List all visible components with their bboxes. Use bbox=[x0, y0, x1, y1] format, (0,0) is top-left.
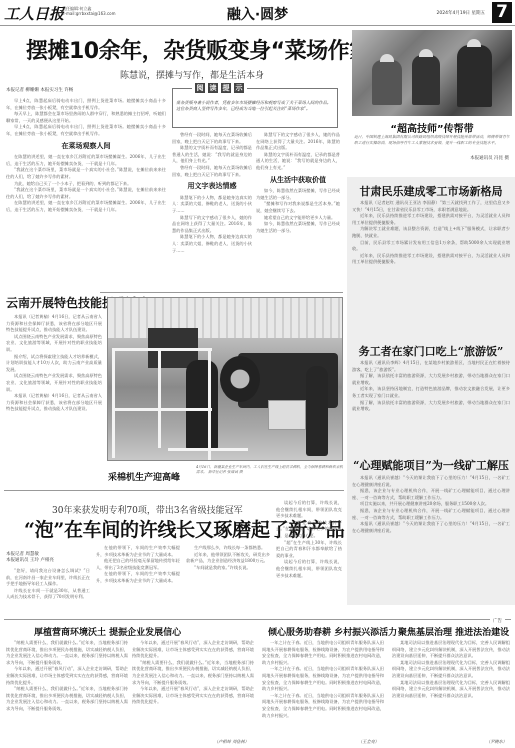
lead-subtitle-3: 从生活中获取价值 bbox=[256, 177, 340, 184]
divider bbox=[4, 490, 344, 491]
ad-1-column-2: 今年以来，通过开展“春风行动”，深入企业走访调研，帮助企业解决实际困难，让市场主… bbox=[132, 640, 254, 738]
ad-label: 广告 bbox=[490, 618, 505, 624]
top-photo-caption-text: 近日，中国铁建上海局集团有限公司铁路局组织高级技师开展技能传帮带活动，师傅带领青… bbox=[354, 134, 510, 145]
lead-headline: 摆摊10余年，杂货贩变身“菜场作家” bbox=[26, 34, 385, 65]
big-photo-caption-text: 4月16日，新疆某企业生产车间内，工人们在生产线上组装采棉机，全力保障春耕和秋收… bbox=[196, 465, 344, 475]
ad-headline-2: 倾心服务助春耕 乡村振兴添活力 bbox=[268, 625, 397, 638]
lead-subheadline: 陈慧说，摆摊与写作，都是生活本身 bbox=[120, 68, 264, 81]
lead-byline: 本报记者 柳姗姗 本报实习生 许畅 bbox=[6, 88, 73, 94]
top-photo-credit: 本报通讯员 冯昆 摄 bbox=[470, 155, 509, 161]
issue-date: 2024年4月19日 星期五 bbox=[437, 10, 485, 16]
ad-headline-1: 厚植营商环境沃土 提振企业发展信心 bbox=[34, 625, 181, 638]
top-photo-caption-title: “超高技师”传帮带 bbox=[352, 120, 512, 135]
lead-column-2: 曾经有一段时间，她每天在菜场收摊后回家，晚上把白天记下的故事写下来。 陈慧的文字… bbox=[172, 132, 252, 292]
lead-subtitle-1: 在菜场观察人间 bbox=[6, 143, 166, 150]
ad-2-credit: （王金亮） bbox=[358, 739, 379, 745]
right-story-1-body: 本报讯（记者赵红 通讯员王亚洁 李国静）“第三天就找到工作了，这里信息又多又快！… bbox=[352, 200, 510, 338]
story2-column-4: 谈起今后的打算，许线长说，他会继续扎根车间，带领团队攻克更多技术难题。 “一定要… bbox=[276, 500, 342, 610]
yunnan-body: 本报讯（记者黄榆）4月16日，记者从云南省人力资源和社会保障厅获悉，该省将在部分… bbox=[6, 314, 102, 494]
reading-tip-title: 阅 读 提 示 bbox=[192, 83, 247, 93]
ad-divider bbox=[4, 619, 511, 620]
story2-column-2: 在他的带领下，车间的生产效率大幅提升，多项技术革新为企业节约了大量成本。 他还把… bbox=[96, 545, 180, 610]
cotton-picker-factory-photo bbox=[107, 297, 343, 461]
ad-headline-3: 聚焦基层治理 推进法治建设 bbox=[398, 625, 509, 638]
top-photo-technicians bbox=[352, 30, 512, 116]
lead-column-1: 早上4点，陈慧起床后骑电动车出门，照例上货进菜市场。她摆摊卖小商品十多年，在摊位… bbox=[6, 98, 166, 294]
big-photo-credit: 新华社记者 张啸诚 摄 bbox=[208, 470, 243, 474]
right-story-2-headline: 务工者在家门口吃上“旅游饭” bbox=[347, 343, 515, 359]
divider bbox=[100, 292, 343, 293]
ad-1-column-1: “纳税人需要什么，我们就做什么。”近年来，当地税务部门持续优化营商环境，推出多项… bbox=[6, 640, 128, 746]
right-story-3-body: 本报讯（通讯员崔越）“今天的课让我放下了心里的压力！”4月15日，一名矿工在心理… bbox=[352, 475, 510, 600]
ad-2-body: 一年之计在于春。近日，当地供电公司组织青年服务队深入田间地头开展春耕保电服务，检… bbox=[262, 640, 384, 738]
story2-column-1: “您好，请问我这台设备怎么调试？”日前，在河南许昌一家企业车间里，许线长正在手把… bbox=[6, 568, 90, 610]
story2-column-3: 生产线那么多，许线长每一条都熟悉。 近年来，他带领团队不断攻关，研发出多款新产品… bbox=[186, 545, 270, 610]
masthead: 工人日报 责任编辑:何立鑫 E-mail:grrbxxtai@163.com 融… bbox=[0, 0, 515, 26]
right-story-2-body: 本报讯（通讯员李辉）4月15日，在某地乡村旅游景区，当地村民正在忙着接待游客，吃… bbox=[352, 360, 510, 450]
ad-3-credit: （尹晓东） bbox=[486, 739, 507, 745]
story2-byline: 本报记者 周慧敏 本报通讯员 王玲 卢相亮 bbox=[6, 552, 54, 564]
lead-subtitle-2: 用文字表达情感 bbox=[172, 183, 252, 190]
right-story-3-headline: “心理赋能项目”为一线矿工解压 bbox=[347, 457, 515, 473]
ad-3-body: 某地司法局以推进基层治理现代化为目标，完善人民调解组织网络，建立多元化纠纷解决机… bbox=[392, 640, 510, 738]
reading-tip-text: 某杂货贩身兼小说作者，凭着多年市场摆摊经历和观察写成了关于菜场人间的作品。这位杂… bbox=[176, 100, 334, 112]
ad-1-credit: （卢相坤 刘佳林） bbox=[214, 739, 249, 745]
page-number: 7 bbox=[492, 2, 512, 23]
lead-column-3: 陈慧写下的文字感动了很多人，她的作品在网络上获得了大量关注。2016年，陈慧的作… bbox=[256, 132, 340, 292]
right-story-1-headline: 甘肃民乐建成零工市场新格局 bbox=[347, 183, 515, 199]
big-photo-caption-title: 采棉机生产迎高峰 bbox=[108, 470, 180, 483]
